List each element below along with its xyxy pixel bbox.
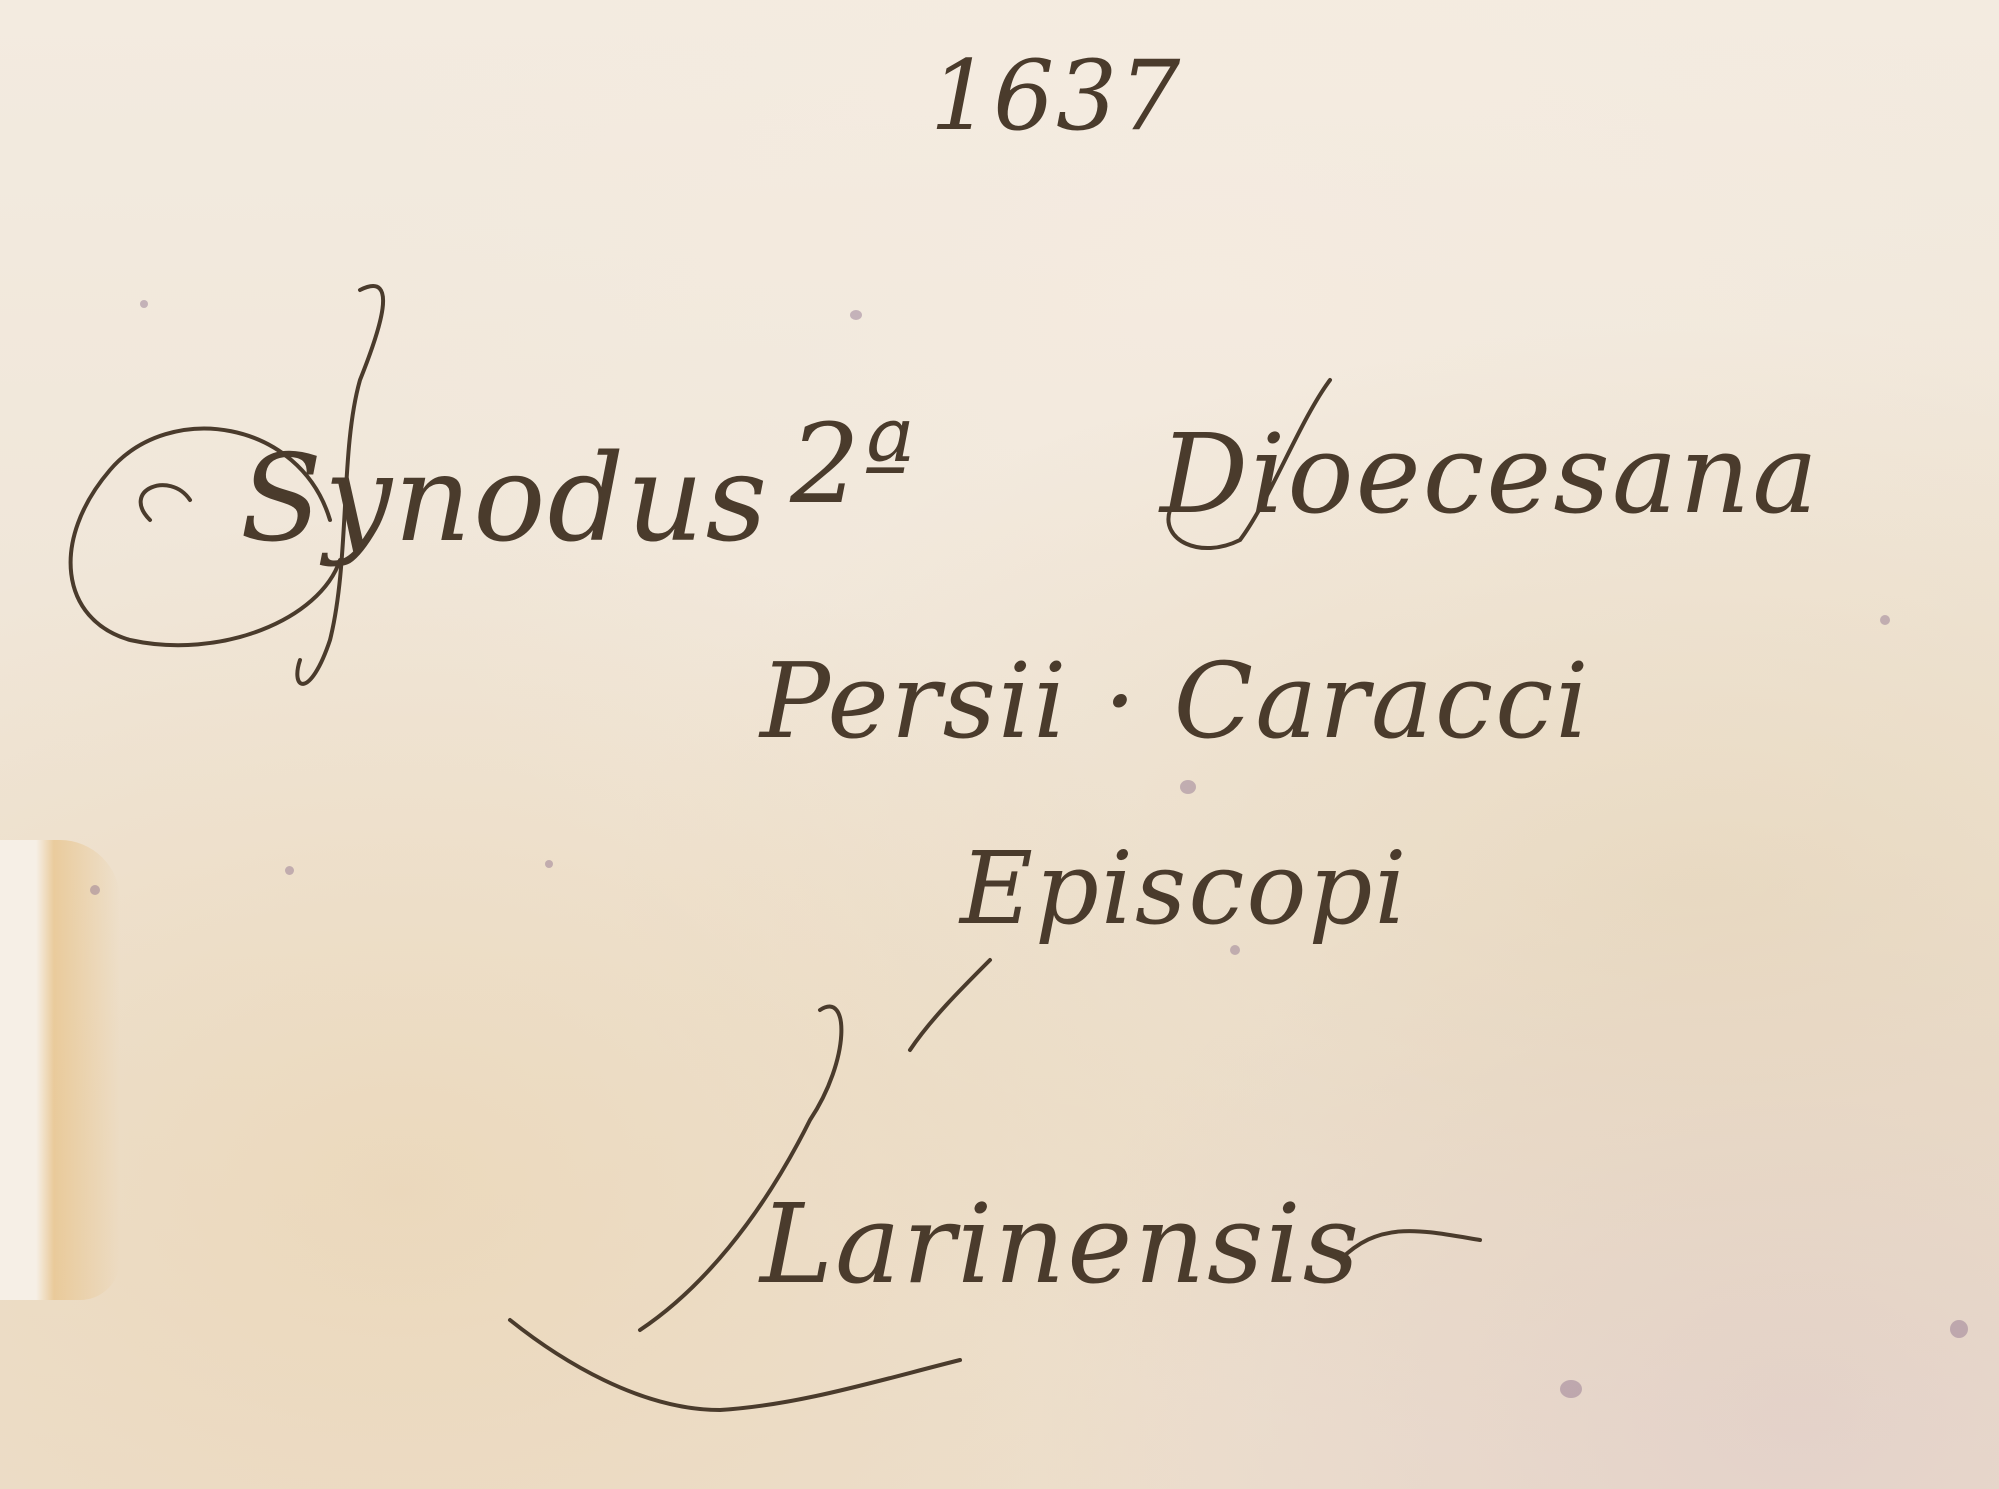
- ink-speck: [1880, 615, 1890, 625]
- title-word-ordinal: 2ª: [790, 400, 916, 528]
- title-word-synodus: Synodus: [240, 430, 769, 569]
- document-year: 1637: [930, 40, 1182, 152]
- ink-speck: [140, 300, 148, 308]
- bishop-name-line: Persii · Caracci: [760, 640, 1591, 762]
- ink-speck: [90, 885, 100, 895]
- torn-stained-edge: [0, 840, 120, 1300]
- title-word-dioecesana: Dioecesana: [1160, 410, 1820, 538]
- ink-speck: [285, 866, 294, 875]
- diocese-name-line: Larinensis: [760, 1180, 1361, 1308]
- ink-speck: [1180, 780, 1196, 794]
- ink-speck: [1560, 1380, 1582, 1398]
- ink-speck: [850, 310, 862, 320]
- ink-speck: [1950, 1320, 1968, 1338]
- episcopi-line: Episcopi: [960, 830, 1409, 947]
- ink-speck: [545, 860, 553, 868]
